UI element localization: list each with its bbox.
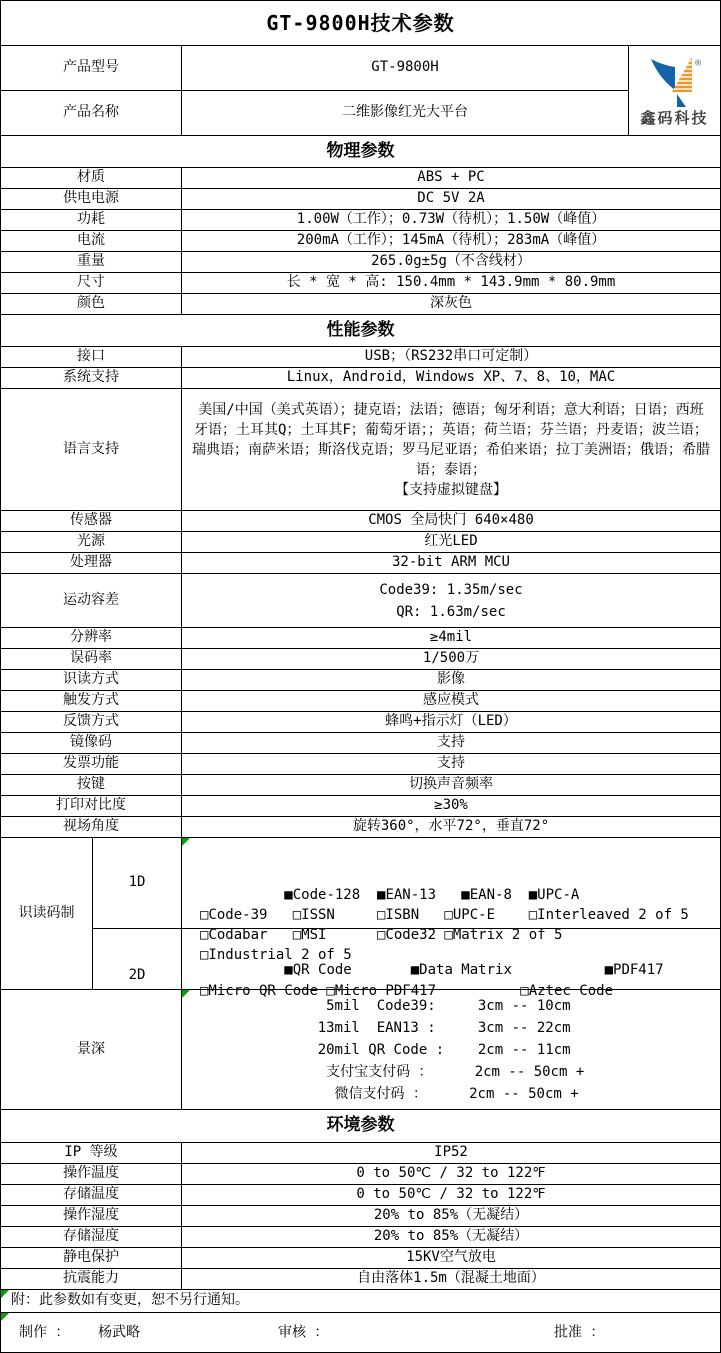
table-row: 功耗1.00W（工作）；0.73W（待机）；1.50W（峰值） <box>1 210 720 231</box>
row-label: 视场角度 <box>1 817 182 837</box>
row-value: 切换声音频率 <box>182 775 720 795</box>
row-label: 处理器 <box>1 553 182 573</box>
row-label: 电流 <box>1 231 182 251</box>
row-label: 识读码制 <box>1 838 93 989</box>
table-row: 操作湿度20% to 85%（无凝结） <box>1 1206 720 1227</box>
table-row: 触发方式感应模式 <box>1 691 720 712</box>
footer-note-row: 附：此参数如有变更，恕不另行通知。 <box>1 1290 720 1313</box>
row-label: 功耗 <box>1 210 182 230</box>
row-label: 产品型号 <box>1 46 182 90</box>
product-block: 产品型号 GT-9800H 产品名称 二维影像红光大平台 <box>1 46 720 136</box>
table-row: 产品名称 二维影像红光大平台 <box>1 91 628 136</box>
row-value: ABS + PC <box>182 168 720 188</box>
signature-row: 制作 ： 杨武略 审核 ： 批准 ： <box>1 1313 720 1352</box>
row-value: IP52 <box>182 1143 720 1163</box>
table-row: 打印对比度≥30% <box>1 796 720 817</box>
row-value: Code39: 1.35m/sec QR: 1.63m/sec <box>379 579 522 623</box>
comment-marker-icon <box>182 990 190 998</box>
row-value: 红光LED <box>182 532 720 552</box>
table-row: 识读方式影像 <box>1 670 720 691</box>
table-row: 语言支持美国/中国（美式英语）；捷克语；法语；德语；匈牙利语；意大利语；日语；西… <box>1 389 720 511</box>
row-value: 二维影像红光大平台 <box>182 91 628 136</box>
brand-name: 鑫码科技 <box>640 109 708 128</box>
row-label: 触发方式 <box>1 691 182 711</box>
row-label: 重量 <box>1 252 182 272</box>
table-row: 发票功能支持 <box>1 754 720 775</box>
row-value: 15KV空气放电 <box>182 1248 720 1268</box>
row-label: 颜色 <box>1 294 182 314</box>
row-label: 产品名称 <box>1 91 182 136</box>
row-value: 200mA（工作）；145mA（待机）；283mA（峰值） <box>182 231 720 251</box>
row-label: 传感器 <box>1 511 182 531</box>
row-value: 美国/中国（美式英语）；捷克语；法语；德语；匈牙利语；意大利语；日语；西班牙语；… <box>192 400 710 500</box>
row-value: 长 * 宽 * 高: 150.4mm * 143.9mm * 80.9mm <box>182 273 720 293</box>
table-row: 1D ■Code-128 ■EAN-13 ■EAN-8 ■UPC-A □Code… <box>93 838 720 929</box>
table-row: 重量265.0g±5g（不含线材） <box>1 252 720 273</box>
row-label: 镜像码 <box>1 733 182 753</box>
section-header-physical: 物理参数 <box>1 136 720 168</box>
row-label: 光源 <box>1 532 182 552</box>
table-row: 存储湿度20% to 85%（无凝结） <box>1 1227 720 1248</box>
table-row: 电流200mA（工作）；145mA（待机）；283mA（峰值） <box>1 231 720 252</box>
table-row: 操作温度0 to 50℃ / 32 to 122℉ <box>1 1164 720 1185</box>
table-row: 尺寸长 * 宽 * 高: 150.4mm * 143.9mm * 80.9mm <box>1 273 720 294</box>
row-label: 语言支持 <box>1 389 182 510</box>
comment-marker-icon <box>1 1313 9 1321</box>
approver-label: 批准 ： <box>554 1324 604 1342</box>
table-row: IP 等级IP52 <box>1 1143 720 1164</box>
table-row: 运动容差Code39: 1.35m/sec QR: 1.63m/sec <box>1 574 720 628</box>
row-label: 接口 <box>1 347 182 367</box>
row-value: 265.0g±5g（不含线材） <box>182 252 720 272</box>
row-label: IP 等级 <box>1 1143 182 1163</box>
row-label: 1D <box>93 838 182 928</box>
row-value: USB；（RS232串口可定制） <box>182 347 720 367</box>
row-value: 支持 <box>182 754 720 774</box>
row-value: 1.00W（工作）；0.73W（待机）；1.50W（峰值） <box>182 210 720 230</box>
table-row: 静电保护15KV空气放电 <box>1 1248 720 1269</box>
table-row: 系统支持Linux，Android，Windows XP、7、8、10，MAC <box>1 368 720 389</box>
row-label: 反馈方式 <box>1 712 182 732</box>
row-label: 系统支持 <box>1 368 182 388</box>
row-value: 支持 <box>182 733 720 753</box>
row-value: GT-9800H <box>182 46 628 90</box>
row-value: 感应模式 <box>182 691 720 711</box>
row-value: 32-bit ARM MCU <box>182 553 720 573</box>
row-label: 存储温度 <box>1 1185 182 1205</box>
table-row: 颜色深灰色 <box>1 294 720 315</box>
table-row: 景深 5mil Code39: 3cm -- 10cm 13mil EAN13 … <box>1 990 720 1110</box>
table-row: 接口USB；（RS232串口可定制） <box>1 347 720 368</box>
table-row: 镜像码支持 <box>1 733 720 754</box>
reviewer-label: 审核 ： <box>278 1324 328 1342</box>
table-row: 材质ABS + PC <box>1 168 720 189</box>
table-row: 误码率1/500万 <box>1 649 720 670</box>
table-row: 视场角度旋转360°，水平72°，垂直72° <box>1 817 720 838</box>
row-label: 分辨率 <box>1 628 182 648</box>
row-value: 深灰色 <box>182 294 720 314</box>
row-label: 操作湿度 <box>1 1206 182 1226</box>
row-value: ≥30% <box>182 796 720 816</box>
table-row: 存储温度0 to 50℃ / 32 to 122℉ <box>1 1185 720 1206</box>
row-value: 影像 <box>182 670 720 690</box>
row-label: 按键 <box>1 775 182 795</box>
row-value: 旋转360°，水平72°，垂直72° <box>182 817 720 837</box>
row-label: 识读方式 <box>1 670 182 690</box>
comment-marker-icon <box>1 1290 9 1298</box>
registered-mark-icon: ® <box>695 58 702 69</box>
table-row: 分辨率≥4mil <box>1 628 720 649</box>
row-value: 蜂鸣+指示灯（LED） <box>182 712 720 732</box>
comment-marker-icon <box>182 838 190 846</box>
page-title: GT-9800H技术参数 <box>1 1 720 46</box>
row-value: 1/500万 <box>182 649 720 669</box>
row-value: ≥4mil <box>182 628 720 648</box>
table-row: 光源红光LED <box>1 532 720 553</box>
row-label: 发票功能 <box>1 754 182 774</box>
row-value: 20% to 85%（无凝结） <box>182 1227 720 1247</box>
table-row: 供电电源DC 5V 2A <box>1 189 720 210</box>
footer-note: 附：此参数如有变更，恕不另行通知。 <box>11 1292 249 1310</box>
spec-sheet: GT-9800H技术参数 产品型号 GT-9800H 产品名称 二维影像红光大平… <box>0 0 721 1353</box>
depth-values: 5mil Code39: 3cm -- 10cm 13mil EAN13 : 3… <box>318 995 585 1105</box>
row-value: Linux，Android，Windows XP、7、8、10，MAC <box>182 368 720 388</box>
section-header-environment: 环境参数 <box>1 1110 720 1143</box>
table-row: 传感器CMOS 全局快门 640×480 <box>1 511 720 532</box>
row-value: CMOS 全局快门 640×480 <box>182 511 720 531</box>
row-label: 材质 <box>1 168 182 188</box>
row-label: 运动容差 <box>1 574 182 627</box>
row-value: DC 5V 2A <box>182 189 720 209</box>
table-row: 抗震能力自由落体1.5m（混凝土地面） <box>1 1269 720 1290</box>
row-label: 尺寸 <box>1 273 182 293</box>
table-row: 产品型号 GT-9800H <box>1 46 628 91</box>
table-row: 处理器32-bit ARM MCU <box>1 553 720 574</box>
symbology-block: 识读码制 1D ■Code-128 ■EAN-13 ■EAN-8 ■UPC-A … <box>1 838 720 990</box>
table-row: 反馈方式蜂鸣+指示灯（LED） <box>1 712 720 733</box>
row-value: 自由落体1.5m（混凝土地面） <box>182 1269 720 1289</box>
row-label: 操作温度 <box>1 1164 182 1184</box>
row-label: 景深 <box>1 990 182 1109</box>
maker-label: 制作 ： <box>19 1324 69 1342</box>
maker-value: 杨武略 <box>98 1324 140 1342</box>
row-label: 供电电源 <box>1 189 182 209</box>
row-label: 抗震能力 <box>1 1269 182 1289</box>
row-label: 打印对比度 <box>1 796 182 816</box>
row-value: 0 to 50℃ / 32 to 122℉ <box>182 1185 720 1205</box>
brand-logo-icon: ® <box>644 57 706 107</box>
table-row: 按键切换声音频率 <box>1 775 720 796</box>
brand-logo-cell: ® 鑫码科技 <box>628 46 720 135</box>
row-label: 误码率 <box>1 649 182 669</box>
row-label: 静电保护 <box>1 1248 182 1268</box>
section-header-performance: 性能参数 <box>1 315 720 347</box>
row-value: 20% to 85%（无凝结） <box>182 1206 720 1226</box>
row-value: 0 to 50℃ / 32 to 122℉ <box>182 1164 720 1184</box>
row-label: 存储湿度 <box>1 1227 182 1247</box>
